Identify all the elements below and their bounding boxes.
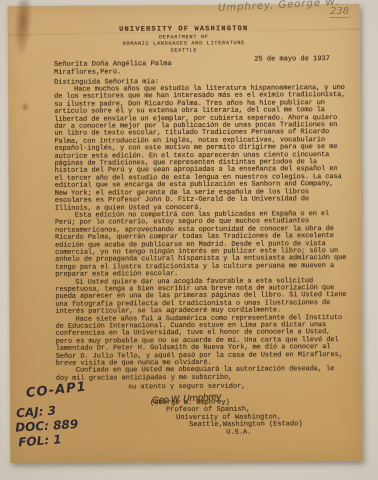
paragraph: Esta edición no competirá con las public… (55, 211, 349, 279)
scan-background: UNIVERSITY OF WASHINGTON DEPARTMENT OF R… (0, 0, 378, 480)
letterhead-city: SEATTLE (47, 46, 322, 53)
letterhead-university: UNIVERSITY OF WASHINGTON (46, 24, 321, 33)
paragraph: Confiado en que Usted me obsequiará la a… (56, 366, 350, 383)
stain-mark (21, 102, 29, 112)
signature-country: U.S.A. (226, 429, 350, 437)
archive-folio-number: FOL: 1 (18, 432, 62, 449)
paragraph: Hace siete años fui a Sudamérica como re… (56, 315, 350, 369)
paragraph: Si Usted quiere dar una acogida favorabl… (55, 278, 349, 317)
pencil-annotation-number: 238 (330, 6, 349, 18)
letterhead: UNIVERSITY OF WASHINGTON DEPARTMENT OF R… (46, 24, 321, 53)
letter-paper: UNIVERSITY OF WASHINGTON DEPARTMENT OF R… (8, 4, 363, 463)
letter-body: Hace muchos años que estudio la literatu… (54, 85, 350, 438)
letter-date: 25 de mayo de 1937 (254, 55, 330, 63)
recipient-city: Miraflores,Perú. (54, 69, 172, 77)
recipient-address: Señorita Doña Angélica Palma Miraflores,… (54, 61, 172, 77)
stain-mark (13, 0, 32, 54)
paragraph: Hace muchos años que estudio la literatu… (54, 85, 349, 213)
